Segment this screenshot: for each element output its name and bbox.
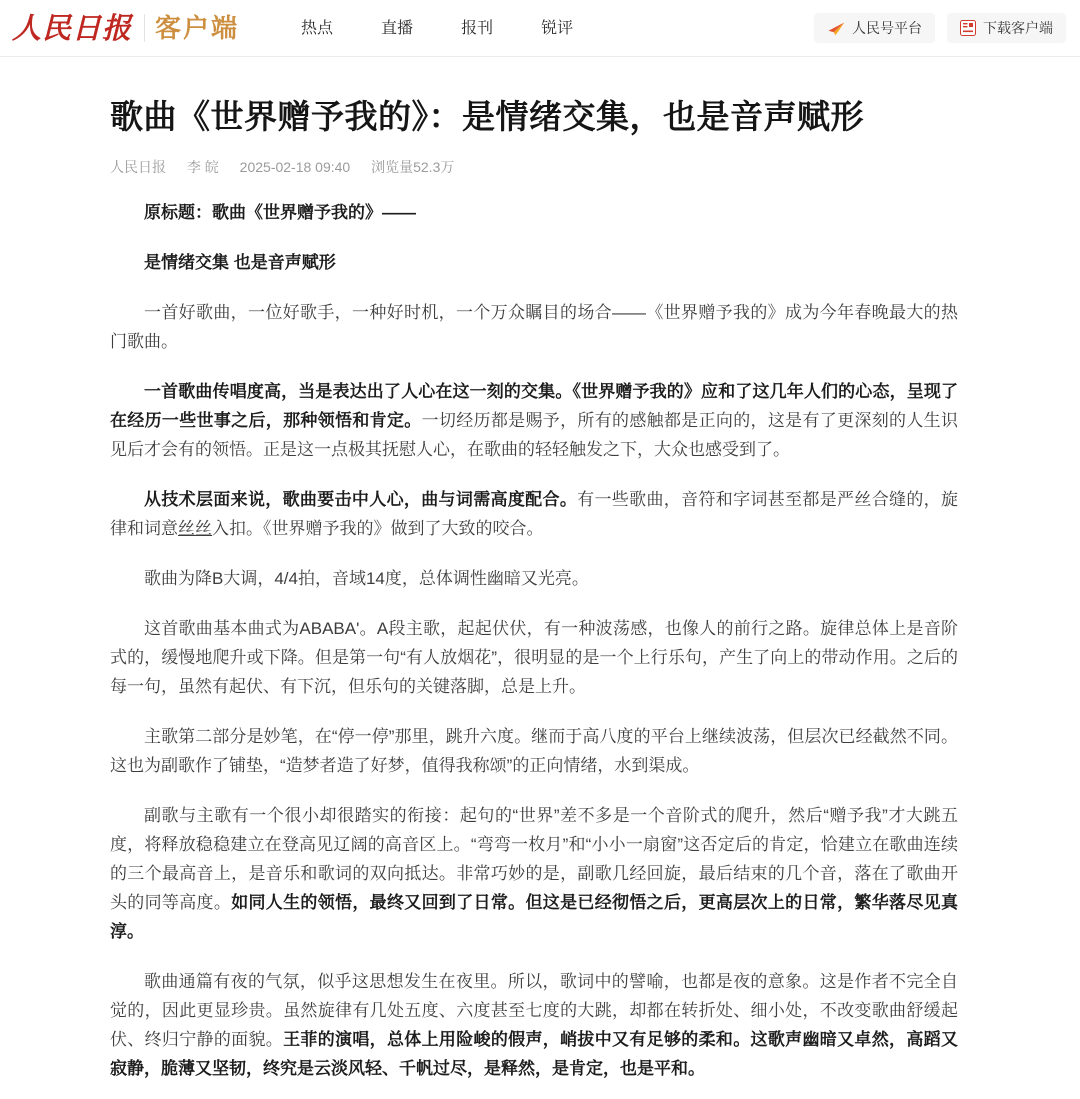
text-segment: 歌曲为降B大调，4/4拍，音域14度，总体调性幽暗又光亮。 — [144, 569, 589, 588]
article-paragraph: 副歌与主歌有一个很小却很踏实的衔接：起句的“世界”差不多是一个音阶式的爬升，然后… — [110, 801, 958, 946]
site-logo[interactable]: 人民日报 客户端 — [12, 14, 239, 43]
article-paragraph: 一首歌曲传唱度高，当是表达出了人心在这一刻的交集。《世界赠予我的》应和了这几年人… — [110, 377, 958, 464]
byline: 人民日报 李 皖 2025-02-18 09:40 浏览量52.3万 — [110, 157, 958, 177]
article-paragraph: 主歌第二部分是妙笔，在“停一停”那里，跳升六度。继而于高八度的平台上继续波荡，但… — [110, 722, 958, 780]
byline-source: 人民日报 — [110, 159, 166, 175]
article-paragraph: 歌曲为降B大调，4/4拍，音域14度，总体调性幽暗又光亮。 — [110, 564, 958, 593]
action-label: 下载客户端 — [983, 20, 1053, 36]
text-segment: 入扣。《世界赠予我的》做到了大致的咬合。 — [212, 519, 544, 538]
nav-item-newspapers[interactable]: 报刊 — [461, 0, 493, 57]
main-nav: 热点直播报刊锐评 — [301, 0, 573, 57]
page-title: 歌曲《世界赠予我的》：是情绪交集，也是音声赋形 — [110, 95, 958, 140]
download-client-button[interactable]: 下载客户端 — [947, 13, 1066, 43]
text-segment: 主歌第二部分是妙笔，在“停一停”那里，跳升六度。继而于高八度的平台上继续波荡，但… — [110, 727, 958, 775]
nav-item-commentary[interactable]: 锐评 — [541, 0, 573, 57]
byline-views: 浏览量52.3万 — [371, 159, 454, 175]
peoples-daily-masthead: 人民日报 — [12, 14, 132, 43]
article-paragraph: 原标题：歌曲《世界赠予我的》—— — [110, 198, 958, 227]
peoples-account-platform-button[interactable]: 人民号平台 — [814, 13, 935, 43]
paper-plane-icon — [827, 21, 845, 36]
app-logo-icon — [960, 20, 976, 36]
site-header: 人民日报 客户端 热点直播报刊锐评 人民号平台下载客户端 — [0, 0, 1080, 57]
article-paragraph: 歌曲通篇有夜的气氛，似乎这思想发生在夜里。所以，歌词中的譬喻，也都是夜的意象。这… — [110, 967, 958, 1083]
logo-divider — [144, 14, 145, 42]
text-segment: 这首歌曲基本曲式为ABABA'。A段主歌，起起伏伏，有一种波荡感，也像人的前行之… — [110, 619, 958, 696]
text-segment: 如同人生的领悟，最终又回到了日常。但这是已经彻悟之后，更高层次上的日常，繁华落尽… — [110, 893, 958, 941]
text-segment: 原标题：歌曲《世界赠予我的》—— — [144, 203, 416, 222]
client-label: 客户端 — [155, 15, 239, 41]
article-page: 歌曲《世界赠予我的》：是情绪交集，也是音声赋形 人民日报 李 皖 2025-02… — [110, 95, 958, 1099]
text-segment: 从技术层面来说，歌曲要击中人心，曲与词需高度配合。 — [144, 490, 577, 509]
article-paragraph: 一首好歌曲，一位好歌手，一种好时机，一个万众瞩目的场合——《世界赠予我的》成为今… — [110, 298, 958, 356]
header-actions: 人民号平台下载客户端 — [814, 13, 1066, 43]
article-paragraph: 从技术层面来说，歌曲要击中人心，曲与词需高度配合。有一些歌曲，音符和字词甚至都是… — [110, 485, 958, 543]
byline-author: 李 皖 — [187, 159, 219, 175]
action-label: 人民号平台 — [852, 20, 922, 36]
nav-item-hot[interactable]: 热点 — [301, 0, 333, 57]
article-body: 原标题：歌曲《世界赠予我的》——是情绪交集 也是音声赋形一首好歌曲，一位好歌手，… — [110, 198, 958, 1099]
article-paragraph: 是情绪交集 也是音声赋形 — [110, 248, 958, 277]
nav-item-live[interactable]: 直播 — [381, 0, 413, 57]
byline-time: 2025-02-18 09:40 — [240, 159, 351, 175]
text-segment: 一首好歌曲，一位好歌手，一种好时机，一个万众瞩目的场合——《世界赠予我的》成为今… — [110, 303, 958, 351]
article-paragraph: 这首歌曲基本曲式为ABABA'。A段主歌，起起伏伏，有一种波荡感，也像人的前行之… — [110, 614, 958, 701]
text-segment: 是情绪交集 也是音声赋形 — [144, 253, 336, 272]
text-segment: 丝丝 — [178, 519, 212, 538]
